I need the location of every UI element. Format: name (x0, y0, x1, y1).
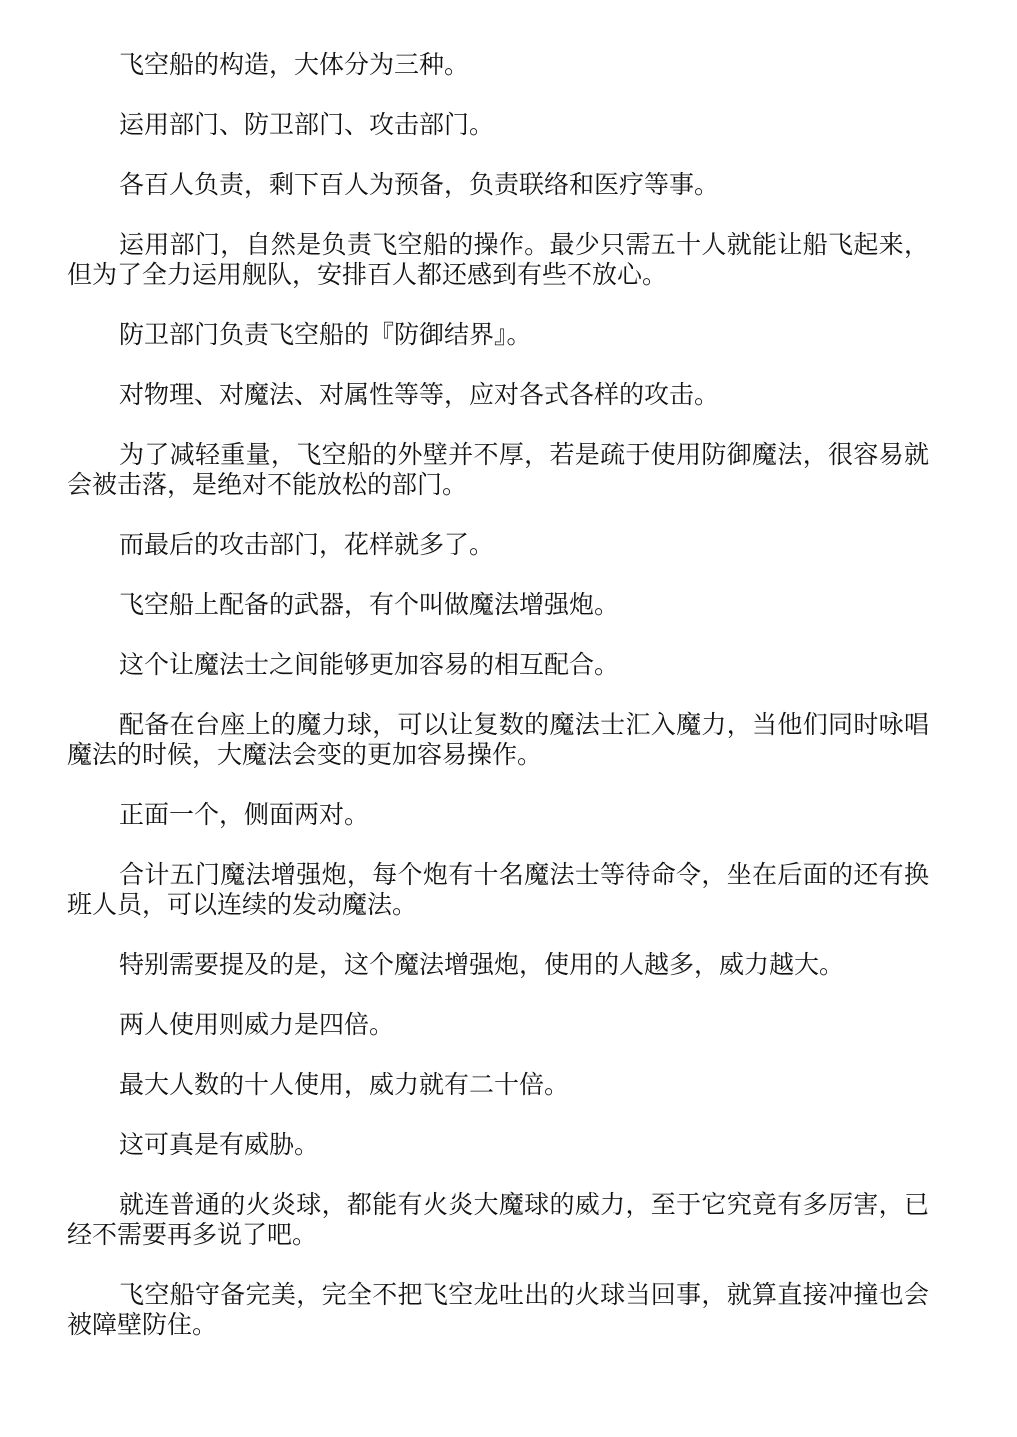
paragraph: 飞空船的构造，大体分为三种。 (67, 50, 929, 80)
document-page: 飞空船的构造，大体分为三种。 运用部门、防卫部门、攻击部门。 各百人负责，剩下百… (67, 50, 929, 1370)
paragraph: 运用部门，自然是负责飞空船的操作。最少只需五十人就能让船飞起来，但为了全力运用舰… (67, 230, 929, 290)
paragraph: 配备在台座上的魔力球，可以让复数的魔法士汇入魔力，当他们同时咏唱魔法的时候，大魔… (67, 710, 929, 770)
paragraph: 就连普通的火炎球，都能有火炎大魔球的威力，至于它究竟有多厉害，已经不需要再多说了… (67, 1190, 929, 1250)
paragraph: 两人使用则威力是四倍。 (67, 1010, 929, 1040)
paragraph: 飞空船守备完美，完全不把飞空龙吐出的火球当回事，就算直接冲撞也会被障壁防住。 (67, 1280, 929, 1340)
paragraph: 这可真是有威胁。 (67, 1130, 929, 1160)
paragraph: 为了减轻重量，飞空船的外壁并不厚，若是疏于使用防御魔法，很容易就会被击落，是绝对… (67, 440, 929, 500)
paragraph: 运用部门、防卫部门、攻击部门。 (67, 110, 929, 140)
paragraph: 防卫部门负责飞空船的『防御结界』。 (67, 320, 929, 350)
paragraph: 这个让魔法士之间能够更加容易的相互配合。 (67, 650, 929, 680)
paragraph: 最大人数的十人使用，威力就有二十倍。 (67, 1070, 929, 1100)
paragraph: 正面一个，侧面两对。 (67, 800, 929, 830)
paragraph: 飞空船上配备的武器，有个叫做魔法增强炮。 (67, 590, 929, 620)
paragraph: 各百人负责，剩下百人为预备，负责联络和医疗等事。 (67, 170, 929, 200)
paragraph: 而最后的攻击部门，花样就多了。 (67, 530, 929, 560)
paragraph: 特别需要提及的是，这个魔法增强炮，使用的人越多，威力越大。 (67, 950, 929, 980)
paragraph: 对物理、对魔法、对属性等等，应对各式各样的攻击。 (67, 380, 929, 410)
paragraph: 合计五门魔法增强炮，每个炮有十名魔法士等待命令，坐在后面的还有换班人员，可以连续… (67, 860, 929, 920)
